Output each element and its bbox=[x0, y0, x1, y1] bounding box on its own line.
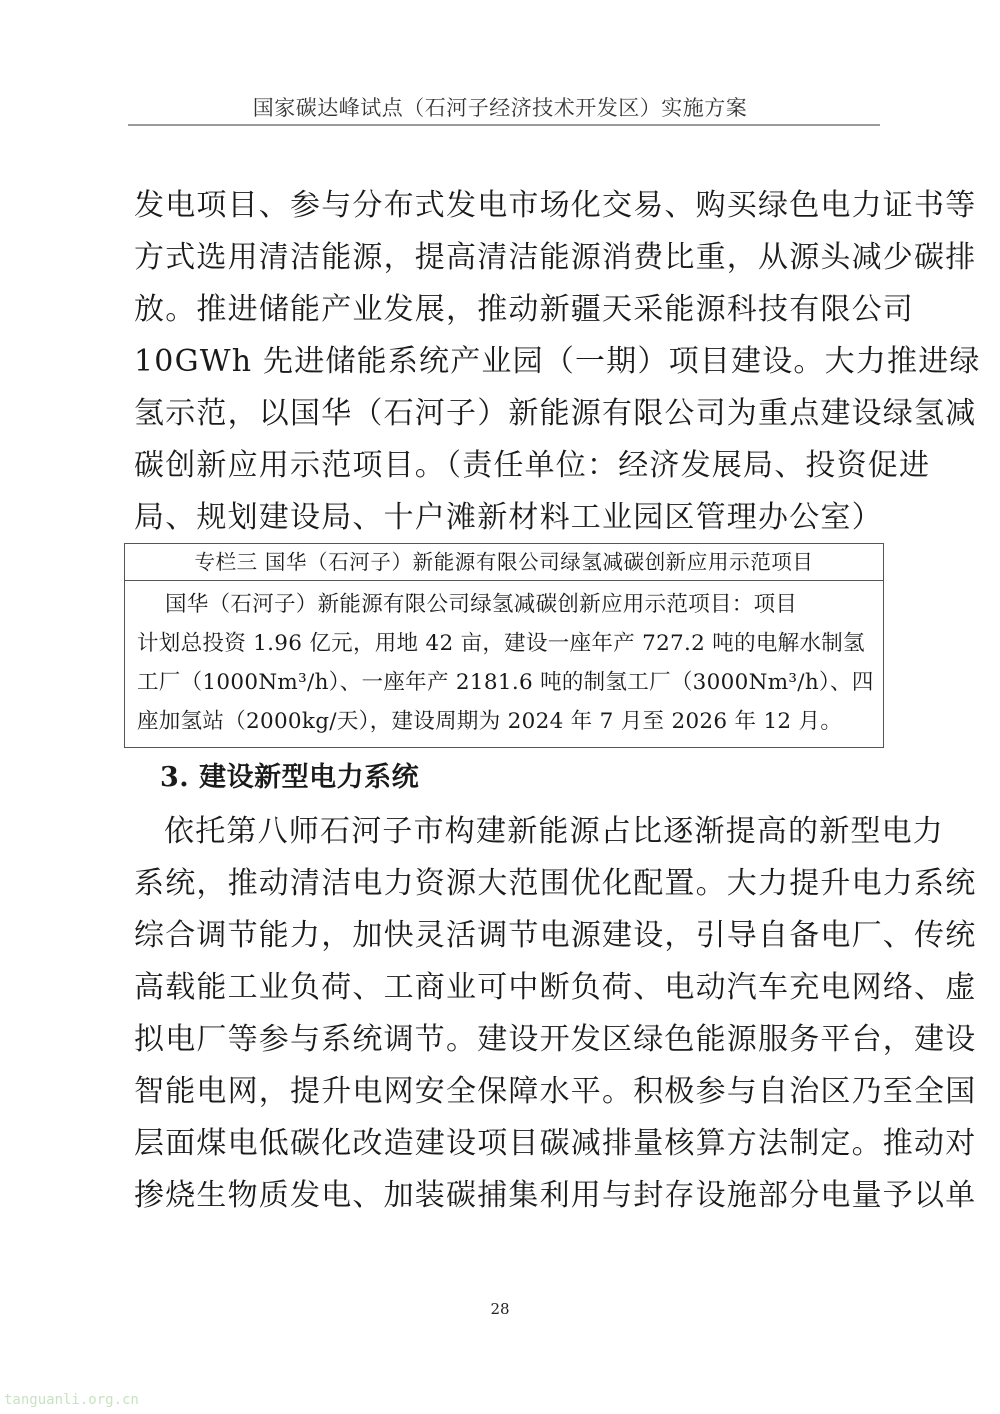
page-number: 28 bbox=[0, 1300, 1000, 1318]
running-header: 国家碳达峰试点（石河子经济技术开发区）实施方案 bbox=[0, 92, 1000, 122]
text-line: 拟电厂等参与系统调节。建设开发区绿色能源服务平台，建设 bbox=[134, 1020, 864, 1060]
box-text-line: 工厂（1000Nm³/h）、一座年产 2181.6 吨的制氢工厂（3000Nm³… bbox=[137, 668, 877, 698]
text-line: 系统，推动清洁电力资源大范围优化配置。大力提升电力系统 bbox=[134, 864, 864, 904]
column-box: 专栏三 国华（石河子）新能源有限公司绿氢减碳创新应用示范项目 国华（石河子）新能… bbox=[124, 543, 884, 748]
watermark: tanguanli.org.cn bbox=[4, 1392, 139, 1408]
box-text-line: 国华（石河子）新能源有限公司绿氢减碳创新应用示范项目：项目 bbox=[165, 590, 905, 620]
text-line: 依托第八师石河子市构建新能源占比逐渐提高的新型电力 bbox=[164, 812, 864, 852]
box-text-line: 计划总投资 1.96 亿元，用地 42 亩，建设一座年产 727.2 吨的电解水… bbox=[137, 629, 877, 659]
box-title: 专栏三 国华（石河子）新能源有限公司绿氢减碳创新应用示范项目 bbox=[125, 544, 883, 581]
text-line: 方式选用清洁能源，提高清洁能源消费比重，从源头减少碳排 bbox=[134, 238, 864, 278]
text-line: 放。推进储能产业发展，推动新疆天采能源科技有限公司 bbox=[134, 290, 864, 330]
section-heading: 3. 建设新型电力系统 bbox=[160, 758, 419, 798]
box-text-line: 座加氢站（2000kg/天），建设周期为 2024 年 7 月至 2026 年 … bbox=[137, 707, 877, 737]
text-line: 发电项目、参与分布式发电市场化交易、购买绿色电力证书等 bbox=[134, 186, 864, 226]
text-line: 10GWh 先进储能系统产业园（一期）项目建设。大力推进绿 bbox=[134, 342, 864, 382]
text-line: 局、规划建设局、十户滩新材料工业园区管理办公室） bbox=[134, 498, 864, 538]
text-line: 氢示范，以国华（石河子）新能源有限公司为重点建设绿氢减 bbox=[134, 394, 864, 434]
text-line: 高载能工业负荷、工商业可中断负荷、电动汽车充电网络、虚 bbox=[134, 968, 864, 1008]
text-line: 碳创新应用示范项目。（责任单位：经济发展局、投资促进 bbox=[134, 446, 864, 486]
header-divider bbox=[128, 124, 880, 126]
text-line: 综合调节能力，加快灵活调节电源建设，引导自备电厂、传统 bbox=[134, 916, 864, 956]
text-line: 层面煤电低碳化改造建设项目碳减排量核算方法制定。推动对 bbox=[134, 1124, 864, 1164]
text-line: 掺烧生物质发电、加装碳捕集利用与封存设施部分电量予以单 bbox=[134, 1176, 864, 1216]
text-line: 智能电网，提升电网安全保障水平。积极参与自治区乃至全国 bbox=[134, 1072, 864, 1112]
